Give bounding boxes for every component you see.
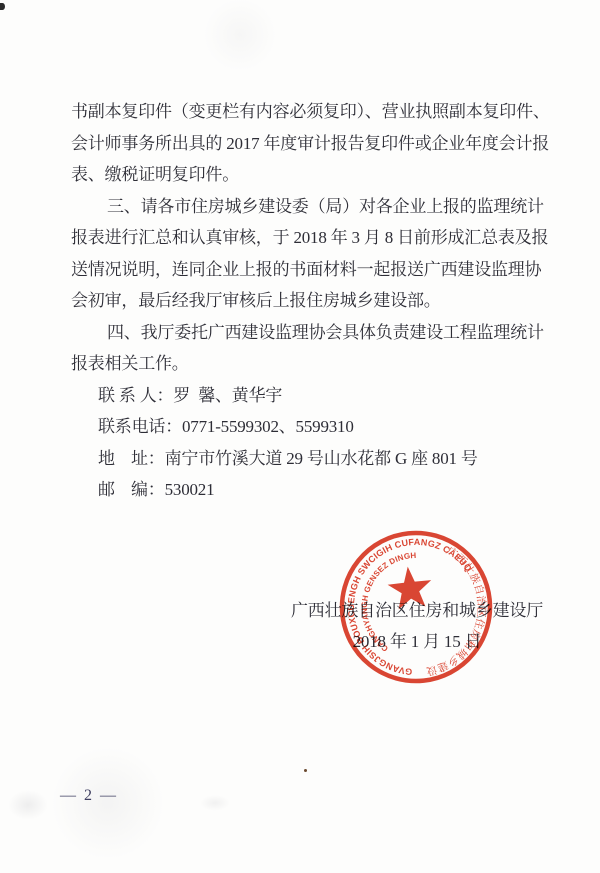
paragraph1-line1: 书副本复印件（变更栏有内容必须复印）、营业执照副本复印件、 xyxy=(71,96,553,128)
contact-address-line: 地 址：南宁市竹溪大道 29 号山水花都 G 座 801 号 xyxy=(71,443,553,475)
paragraph2-line3: 送情况说明，连同企业上报的书面材料一起报送广西建设监理协 xyxy=(71,254,553,286)
contact-postal-line: 邮 编：530021 xyxy=(71,474,553,506)
scan-smudge xyxy=(200,795,230,811)
issue-date: 2018 年 1 月 15 日 xyxy=(286,627,548,657)
paragraph3-line2: 报表相关工作。 xyxy=(71,348,553,380)
paragraph1-line3: 表、缴税证明复印件。 xyxy=(71,159,553,191)
contact-person-line: 联 系 人：罗 馨、黄华宇 xyxy=(71,380,553,412)
document-body: 书副本复印件（变更栏有内容必须复印）、营业执照副本复印件、 会计师事务所出具的 … xyxy=(71,96,553,506)
paragraph1-line2: 会计师事务所出具的 2017 年度审计报告复印件或企业年度会计报 xyxy=(71,128,553,160)
signature-block: 广西壮族自治区住房和城乡建设厅 2018 年 1 月 15 日 xyxy=(286,596,548,657)
paragraph2-line1: 三、请各市住房城乡建设委（局）对各企业上报的监理统计 xyxy=(71,191,553,223)
scanned-document-page: 书副本复印件（变更栏有内容必须复印）、营业执照副本复印件、 会计师事务所出具的 … xyxy=(0,0,600,873)
scan-smudge xyxy=(8,790,48,820)
paragraph2-line2: 报表进行汇总和认真审核，于 2018 年 3 月 8 日前形成汇总表及报 xyxy=(71,222,553,254)
scan-artifact-speck xyxy=(0,3,5,10)
paragraph3-line1: 四、我厅委托广西建设监理协会具体负责建设工程监理统计 xyxy=(71,317,553,349)
scan-artifact-dot xyxy=(304,769,307,772)
issuing-authority: 广西壮族自治区住房和城乡建设厅 xyxy=(286,596,548,626)
paragraph2-line4: 会初审，最后经我厅审核后上报住房城乡建设部。 xyxy=(71,285,553,317)
page-number: — 2 — xyxy=(60,787,118,805)
contact-phone-line: 联系电话：0771-5599302、5599310 xyxy=(71,411,553,443)
